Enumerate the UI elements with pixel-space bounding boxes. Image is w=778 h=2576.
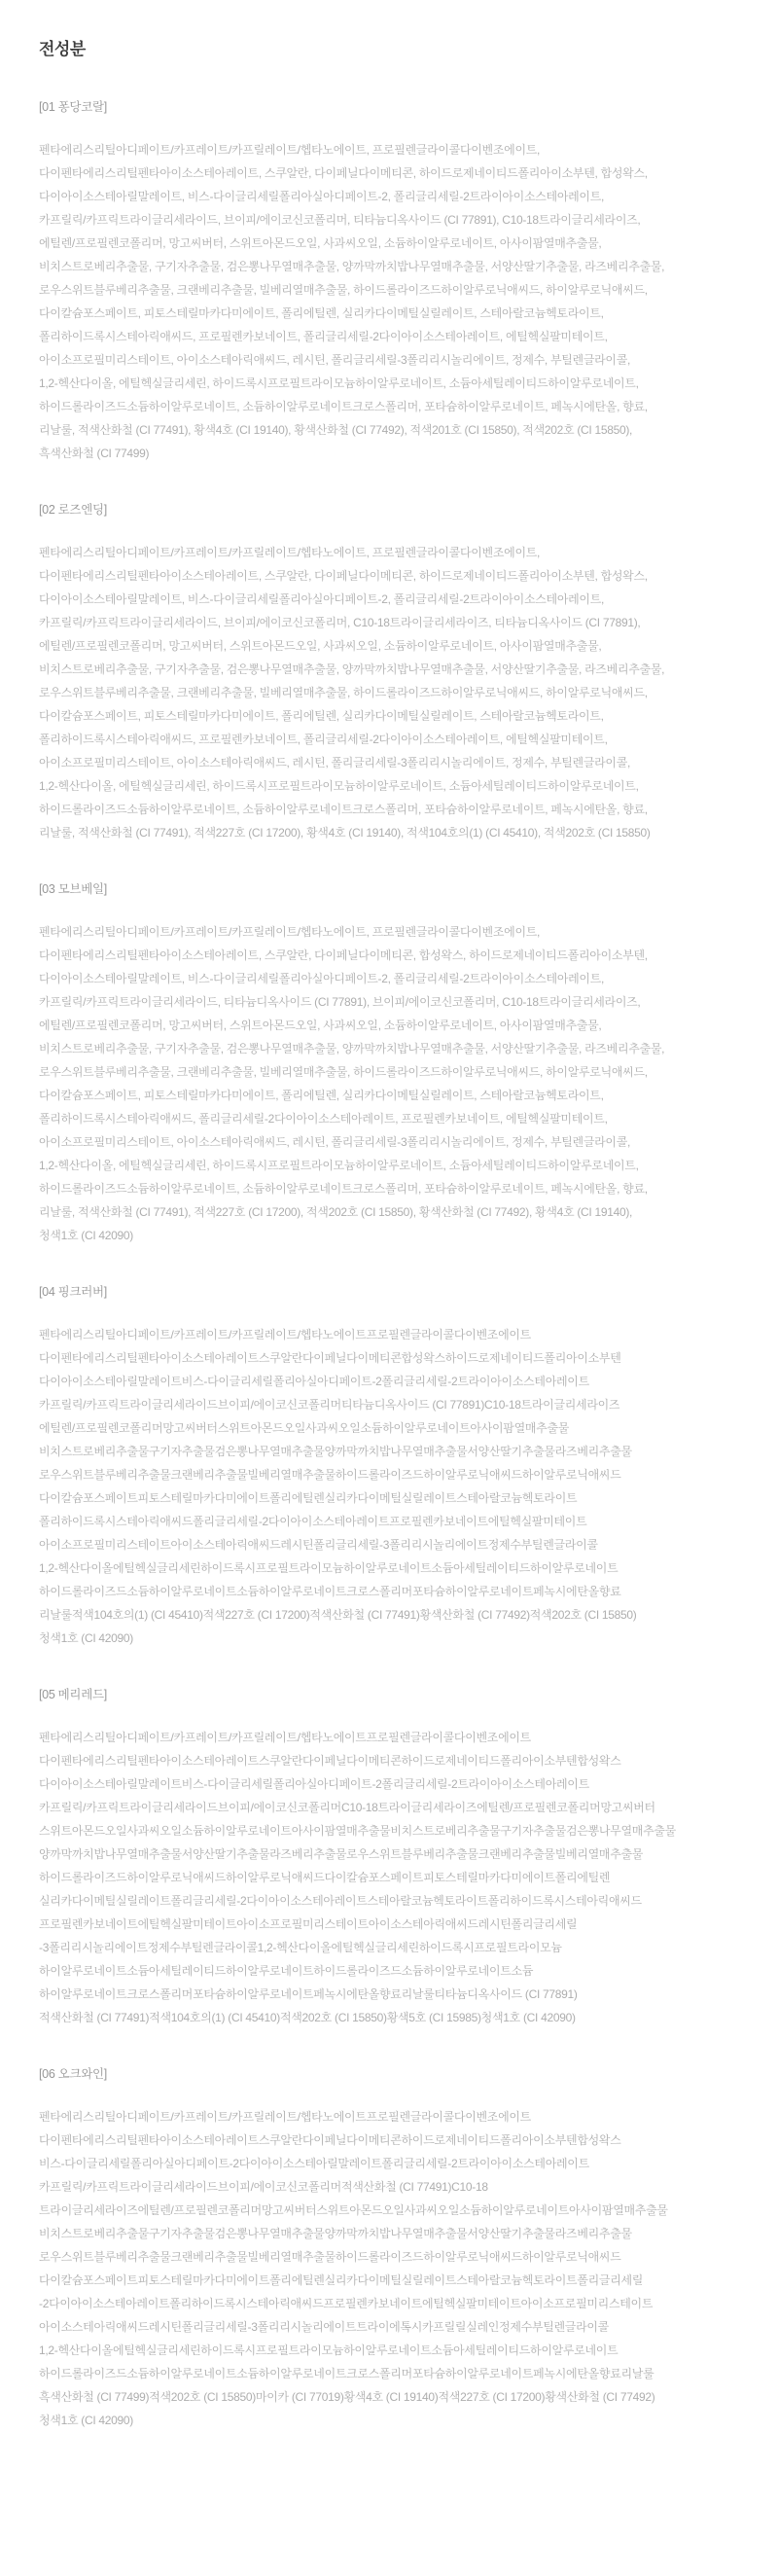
section-header: [03 모브베일] (39, 881, 760, 897)
section-shade-03: [03 모브베일] 펜타에리스리틸아디페이트/카프레이트/카프릴레이트/헵타노에… (39, 881, 760, 1247)
ingredients-text: 펜타에리스리틸아디페이트/카프레이트/카프릴레이트/헵타노에이트프로필렌글라이콜… (39, 1726, 760, 2029)
ingredients-text: 펜타에리스리틸아디페이트/카프레이트/카프릴레이트/헵타노에이트, 프로필렌글라… (39, 920, 760, 1247)
page-title: 전성분 (39, 39, 760, 60)
section-header: [02 로즈엔딩] (39, 502, 760, 518)
ingredients-text: 펜타에리스리틸아디페이트/카프레이트/카프릴레이트/헵타노에이트, 프로필렌글라… (39, 541, 760, 844)
section-header: [01 퐁당코랄] (39, 99, 760, 115)
section-header: [06 오크와인] (39, 2066, 760, 2082)
section-shade-06: [06 오크와인] 펜타에리스리틸아디페이트/카프레이트/카프릴레이트/헵타노에… (39, 2066, 760, 2432)
section-shade-02: [02 로즈엔딩] 펜타에리스리틸아디페이트/카프레이트/카프릴레이트/헵타노에… (39, 502, 760, 844)
ingredients-text: 펜타에리스리틸아디페이트/카프레이트/카프릴레이트/헵타노에이트프로필렌글라이콜… (39, 1323, 760, 1650)
section-shade-04: [04 핑크러버] 펜타에리스리틸아디페이트/카프레이트/카프릴레이트/헵타노에… (39, 1284, 760, 1650)
section-header: [04 핑크러버] (39, 1284, 760, 1300)
ingredients-text: 펜타에리스리틸아디페이트/카프레이트/카프릴레이트/헵타노에이트, 프로필렌글라… (39, 138, 760, 465)
ingredients-text: 펜타에리스리틸아디페이트/카프레이트/카프릴레이트/헵타노에이트프로필렌글라이콜… (39, 2105, 760, 2432)
section-shade-05: [05 메리레드] 펜타에리스리틸아디페이트/카프레이트/카프릴레이트/헵타노에… (39, 1687, 760, 2029)
ingredients-page: 전성분 [01 퐁당코랄] 펜타에리스리틸아디페이트/카프레이트/카프릴레이트/… (0, 0, 778, 2576)
section-shade-01: [01 퐁당코랄] 펜타에리스리틸아디페이트/카프레이트/카프릴레이트/헵타노에… (39, 99, 760, 465)
section-header: [05 메리레드] (39, 1687, 760, 1702)
